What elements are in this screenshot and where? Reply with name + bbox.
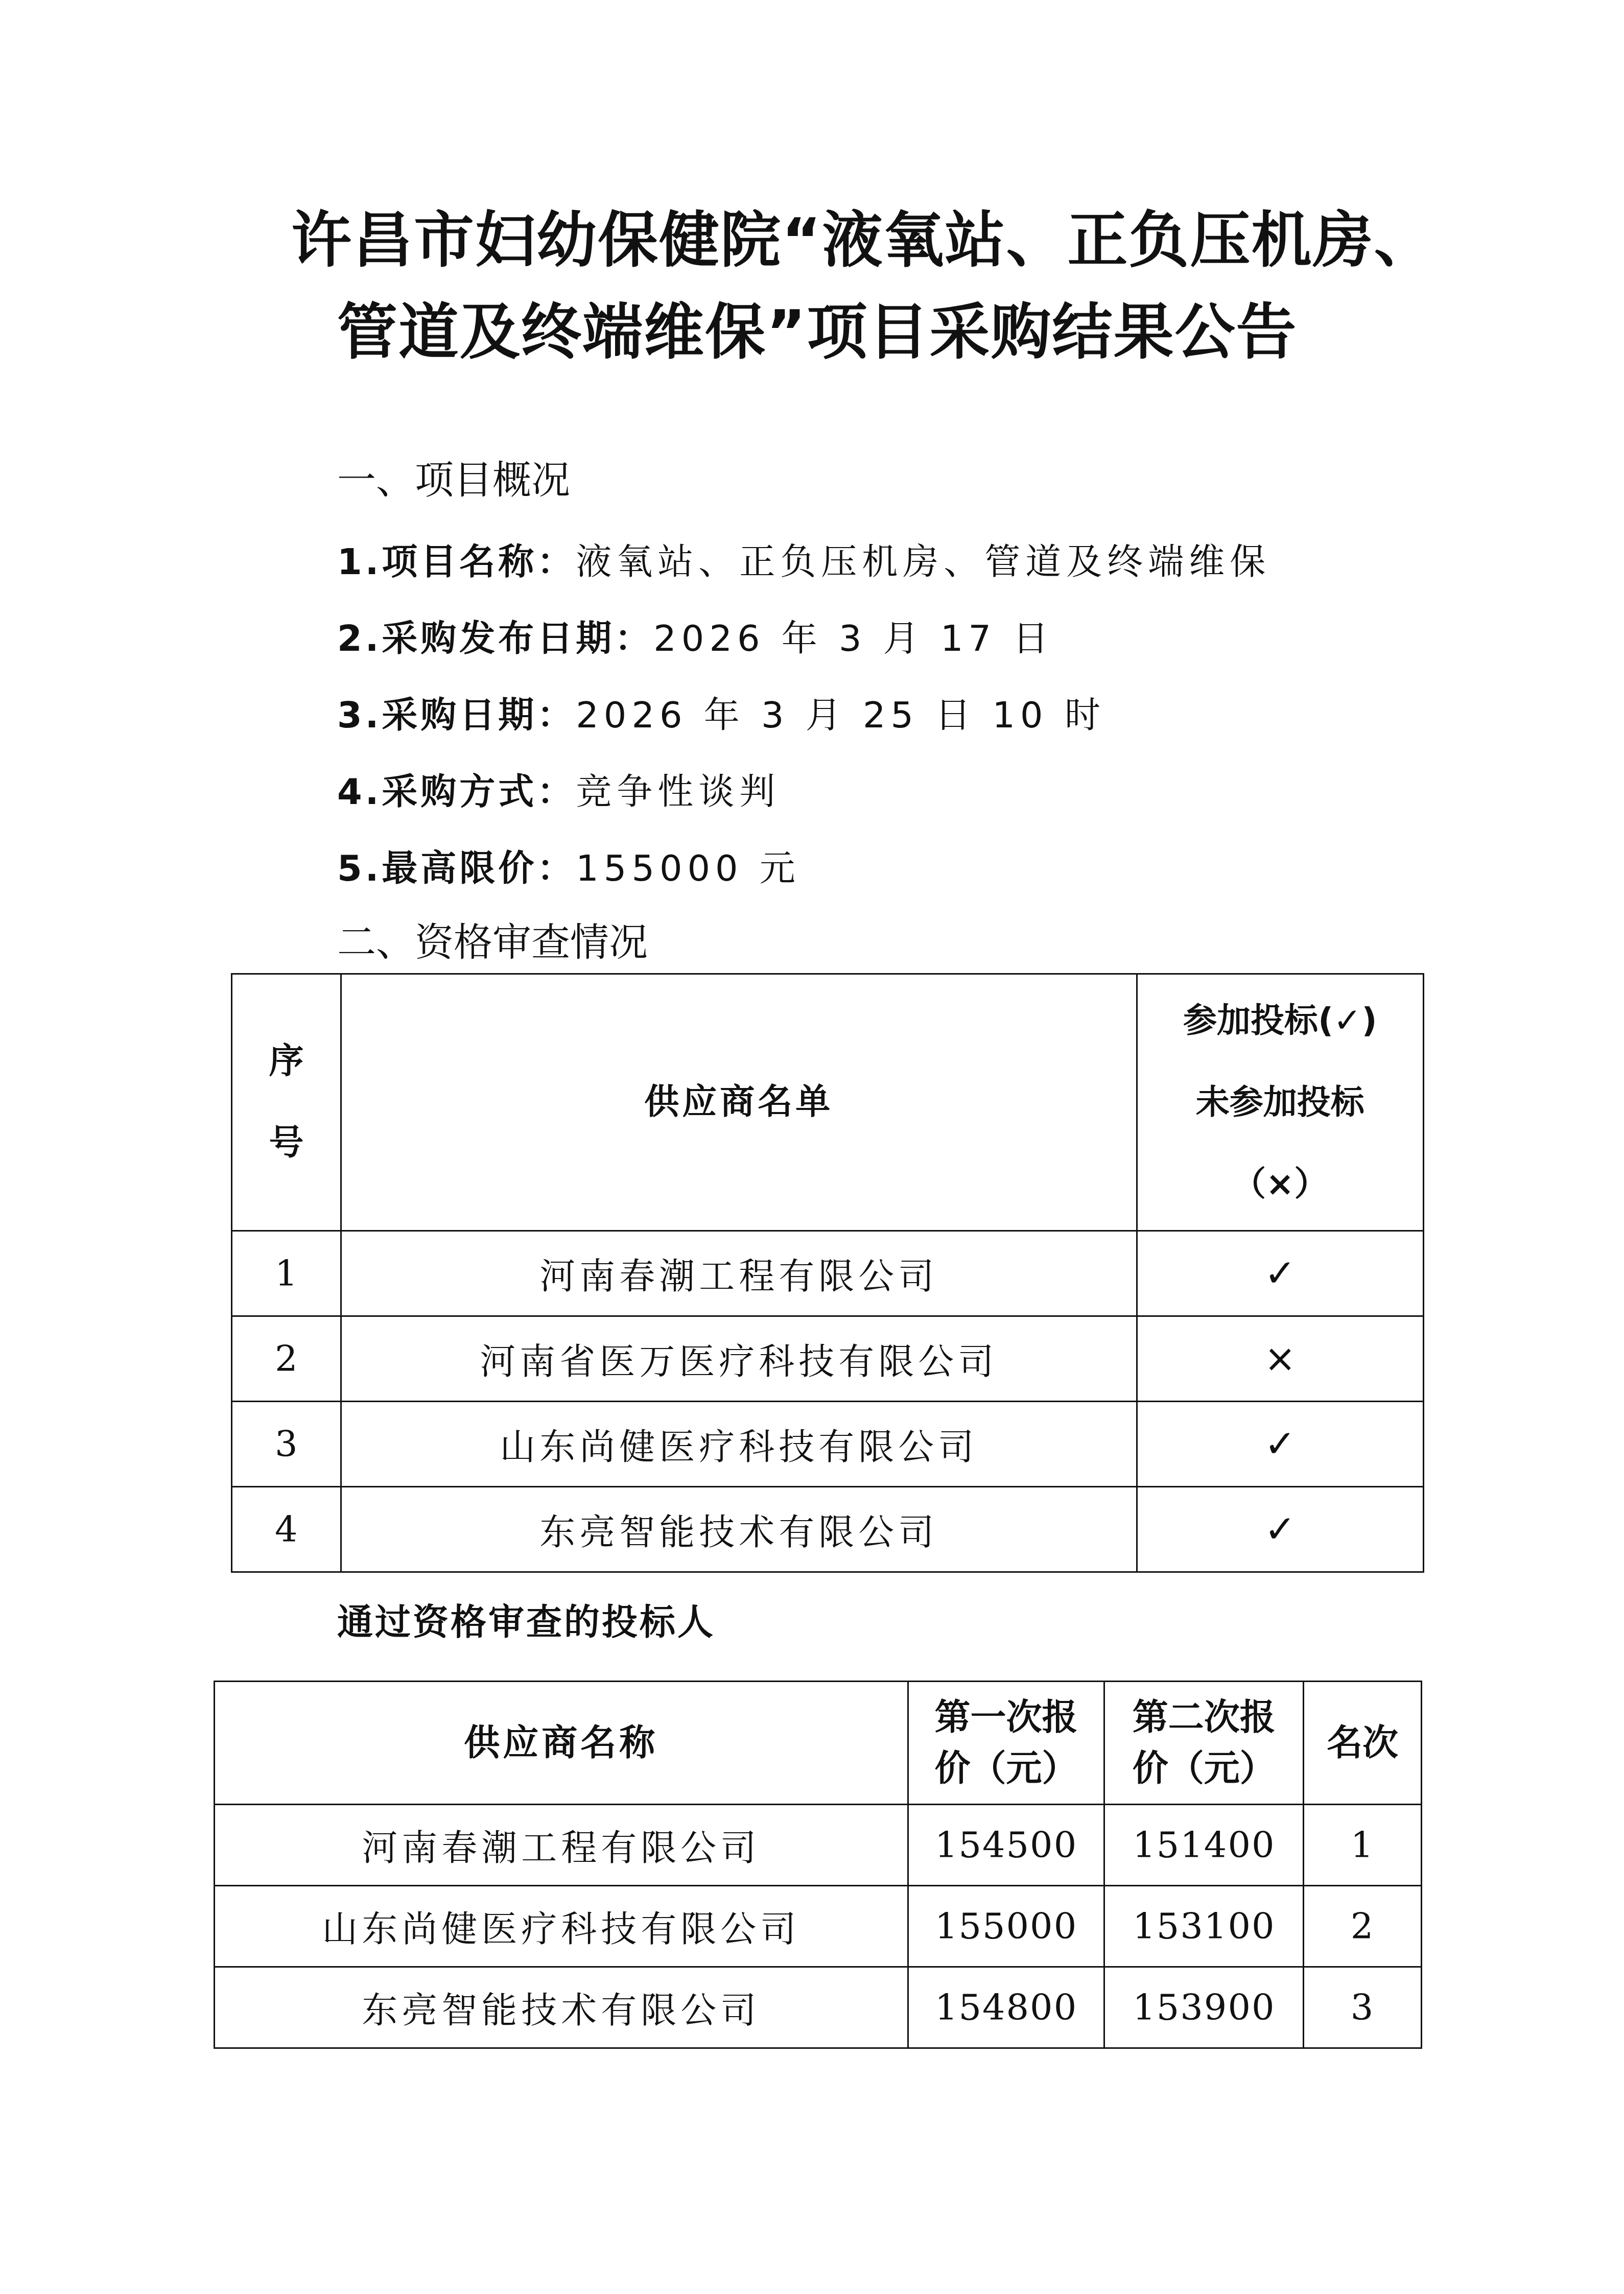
row-second-quote: 153100 — [1104, 1886, 1304, 1967]
passed-bidders-heading: 通过资格审查的投标人 — [337, 1594, 715, 1645]
header-status: 参加投标(✓) 未参加投标 （×） — [1137, 974, 1423, 1231]
header-index: 序 号 — [232, 974, 341, 1231]
row-supplier: 山东尚健医疗科技有限公司 — [215, 1886, 908, 1967]
header-first-quote-line2: 价（元） — [909, 1743, 1104, 1794]
row-index: 2 — [232, 1316, 341, 1402]
table-row: 山东尚健医疗科技有限公司 155000 153100 2 — [215, 1886, 1422, 1967]
row-supplier: 河南省医万医疗科技有限公司 — [341, 1316, 1137, 1402]
header-first-quote: 第一次报 价（元） — [908, 1682, 1104, 1805]
info-max-price: 5.最高限价：155000 元 — [337, 843, 801, 894]
qualification-table: 序 号 供应商名单 参加投标(✓) 未参加投标 （×） 1 河南春潮工程有限公司… — [231, 973, 1424, 1573]
check-icon: ✓ — [1137, 1231, 1423, 1316]
table-row: 2 河南省医万医疗科技有限公司 × — [232, 1316, 1424, 1402]
section-heading-overview: 一、项目概况 — [337, 455, 570, 506]
info-value: 2026 年 3 月 25 日 10 时 — [576, 694, 1105, 736]
row-supplier: 东亮智能技术有限公司 — [215, 1967, 908, 2048]
header-rank: 名次 — [1304, 1682, 1422, 1805]
info-procurement-method: 4.采购方式：竞争性谈判 — [337, 766, 780, 817]
info-value: 155000 元 — [576, 847, 800, 889]
row-second-quote: 153900 — [1104, 1967, 1304, 2048]
check-icon: ✓ — [1137, 1487, 1423, 1572]
header-status-line3: （×） — [1138, 1143, 1423, 1225]
row-index: 4 — [232, 1487, 341, 1572]
header-status-line1: 参加投标(✓) — [1138, 980, 1423, 1061]
info-label: 2.采购发布日期： — [337, 618, 653, 659]
info-publish-date: 2.采购发布日期：2026 年 3 月 17 日 — [337, 613, 1053, 664]
row-rank: 1 — [1304, 1805, 1422, 1886]
info-project-name: 1.项目名称：液氧站、正负压机房、管道及终端维保 — [337, 536, 1270, 587]
table-row: 河南春潮工程有限公司 154500 151400 1 — [215, 1805, 1422, 1886]
header-supplier: 供应商名单 — [341, 974, 1137, 1231]
row-supplier: 山东尚健医疗科技有限公司 — [341, 1402, 1137, 1487]
ranking-table: 供应商名称 第一次报 价（元） 第二次报 价（元） 名次 河南春潮工程有限公司 … — [214, 1681, 1422, 2049]
header-index-line2: 号 — [232, 1102, 340, 1184]
info-label: 3.采购日期： — [337, 694, 576, 736]
header-second-quote: 第二次报 价（元） — [1104, 1682, 1304, 1805]
row-first-quote: 155000 — [908, 1886, 1104, 1967]
row-index: 3 — [232, 1402, 341, 1487]
row-rank: 3 — [1304, 1967, 1422, 2048]
info-label: 1.项目名称： — [337, 541, 576, 583]
row-supplier: 东亮智能技术有限公司 — [341, 1487, 1137, 1572]
row-second-quote: 151400 — [1104, 1805, 1304, 1886]
info-procurement-date: 3.采购日期：2026 年 3 月 25 日 10 时 — [337, 690, 1105, 741]
row-supplier: 河南春潮工程有限公司 — [341, 1231, 1137, 1316]
section-heading-qualification: 二、资格审查情况 — [337, 917, 648, 968]
table-row: 1 河南春潮工程有限公司 ✓ — [232, 1231, 1424, 1316]
title-line-2: 管道及终端维保”项目采购结果公告 — [276, 286, 1451, 378]
header-supplier-name: 供应商名称 — [215, 1682, 908, 1805]
header-second-quote-line2: 价（元） — [1105, 1743, 1303, 1794]
row-index: 1 — [232, 1231, 341, 1316]
table-row: 4 东亮智能技术有限公司 ✓ — [232, 1487, 1424, 1572]
row-supplier: 河南春潮工程有限公司 — [215, 1805, 908, 1886]
cross-icon: × — [1137, 1316, 1423, 1402]
info-label: 5.最高限价： — [337, 847, 576, 889]
table-header-row: 序 号 供应商名单 参加投标(✓) 未参加投标 （×） — [232, 974, 1424, 1231]
table-header-row: 供应商名称 第一次报 价（元） 第二次报 价（元） 名次 — [215, 1682, 1422, 1805]
table-row: 东亮智能技术有限公司 154800 153900 3 — [215, 1967, 1422, 2048]
header-status-line2: 未参加投标 — [1138, 1061, 1423, 1143]
table-row: 3 山东尚健医疗科技有限公司 ✓ — [232, 1402, 1424, 1487]
info-value: 液氧站、正负压机房、管道及终端维保 — [576, 541, 1270, 583]
info-value: 竞争性谈判 — [576, 771, 780, 813]
header-second-quote-line1: 第二次报 — [1105, 1692, 1303, 1743]
check-icon: ✓ — [1137, 1402, 1423, 1487]
title-line-1: 许昌市妇幼保健院“液氧站、正负压机房、 — [276, 194, 1451, 286]
row-first-quote: 154500 — [908, 1805, 1104, 1886]
row-rank: 2 — [1304, 1886, 1422, 1967]
info-value: 2026 年 3 月 17 日 — [653, 618, 1053, 659]
header-index-line1: 序 — [232, 1021, 340, 1102]
header-first-quote-line1: 第一次报 — [909, 1692, 1104, 1743]
row-first-quote: 154800 — [908, 1967, 1104, 2048]
info-label: 4.采购方式： — [337, 771, 576, 813]
page-title: 许昌市妇幼保健院“液氧站、正负压机房、 管道及终端维保”项目采购结果公告 — [276, 194, 1451, 378]
